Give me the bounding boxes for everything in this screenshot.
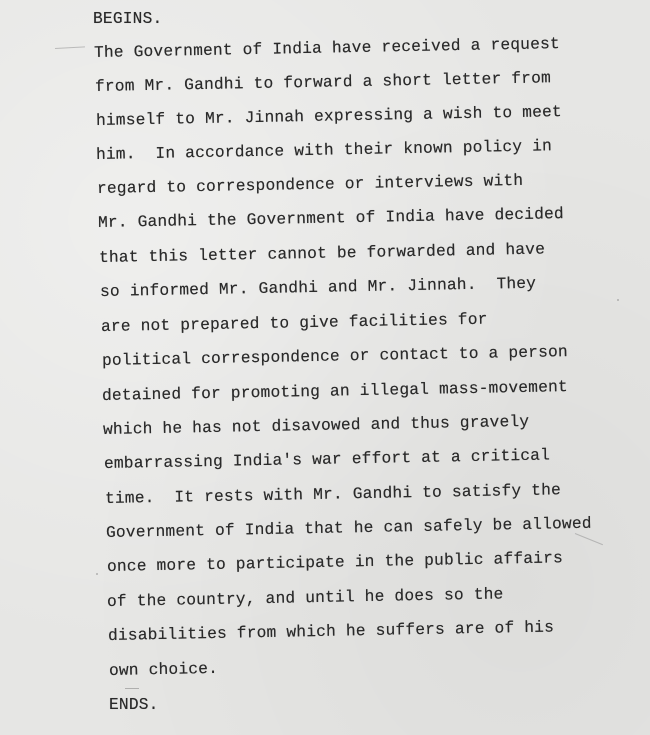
body-line: regard to correspondence or interviews w…: [97, 172, 524, 198]
body-line: The Government of India have received a …: [94, 35, 560, 62]
body-line: time. It rests with Mr. Gandhi to satisf…: [105, 481, 561, 508]
body-line: own choice.: [109, 660, 218, 680]
body-line: once more to participate in the public a…: [107, 549, 563, 576]
body-line: are not prepared to give facilities for: [101, 311, 488, 336]
body-line: which he has not disavowed and thus grav…: [103, 413, 530, 439]
body-line: from Mr. Gandhi to forward a short lette…: [95, 69, 551, 96]
body-line: embarrassing India's war effort at a cri…: [104, 446, 550, 473]
body-line: that this letter cannot be forwarded and…: [99, 240, 545, 267]
body-line: Mr. Gandhi the Government of India have …: [98, 205, 564, 232]
body-line: him. In accordance with their known poli…: [96, 137, 552, 164]
typed-document-page: BEGINS. The Government of India have rec…: [0, 0, 650, 735]
paper-scratch: [575, 533, 603, 545]
body-line: himself to Mr. Jinnah expressing a wish …: [96, 103, 562, 130]
body-line: of the country, and until he does so the: [107, 585, 504, 611]
body-line: so informed Mr. Gandhi and Mr. Jinnah. T…: [100, 275, 536, 301]
paper-scratch: [55, 46, 85, 49]
body-line: detained for promoting an illegal mass-m…: [102, 378, 568, 405]
document-header: BEGINS.: [93, 10, 162, 28]
paper-speck: [617, 299, 619, 301]
body-line: political correspondence or contact to a…: [102, 343, 568, 370]
body-line: Government of India that he can safely b…: [106, 515, 592, 542]
paper-speck: [125, 688, 139, 689]
paper-speck: [96, 573, 98, 575]
document-footer: ENDS.: [109, 696, 159, 714]
body-line: disabilities from which he suffers are o…: [108, 618, 554, 645]
